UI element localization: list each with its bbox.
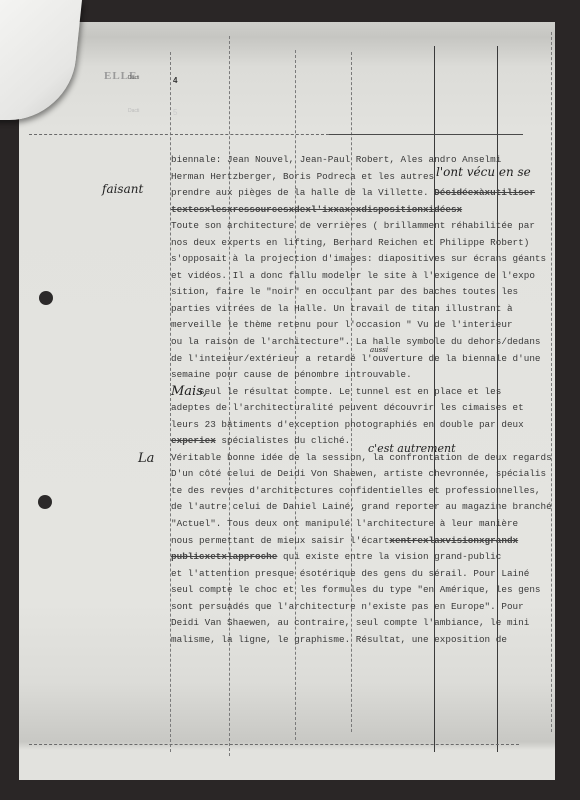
line-text: prendre aux pièges de la halle de la Vil… (171, 187, 434, 198)
line-text: de l'autre celui de Daniel Lainé, grand … (171, 501, 552, 512)
line-text: Herman Hertzberger, Boris Podreca et les… (171, 171, 440, 182)
line-text: Deidi Van Shaewen, au contraire, seul co… (171, 617, 529, 628)
line-text: sont persuadés que l'architecture n'exis… (171, 601, 524, 612)
line-text: semaine pour cause de pénombre introuvab… (171, 369, 412, 380)
footer-rule (29, 744, 519, 745)
line-text: et vidéos. Il a donc fallu modeler le si… (171, 270, 535, 281)
text-line: de l'inteieur/extérieur a retardé l'ouve… (171, 351, 552, 368)
struck-text: publicxetxlapproche (171, 551, 277, 562)
text-line: nous permettant de mieux saisir l'écartx… (171, 533, 552, 550)
line-text: et l'attention presque ésotérique des ge… (171, 568, 529, 579)
text-line: Deidi Van Shaewen, au contraire, seul co… (171, 615, 552, 632)
line-text: qui existe entre la vision grand-public (277, 551, 501, 562)
text-line: Véritable bonne idée de la session, la c… (171, 450, 552, 467)
text-line: textesxlesxressourcesxdexl'ixxaxexdispos… (171, 202, 552, 219)
text-line: s'opposait à la projection d'images: dia… (171, 251, 552, 268)
punch-hole (39, 291, 53, 305)
page-number-faint: 5 (173, 108, 177, 117)
line-text: leurs 23 bâtiments d'exception photograp… (171, 419, 524, 430)
struck-text: xentrexlaxvisionxgrandx (389, 535, 518, 546)
text-line: experiex spécialistes du cliché. (171, 433, 552, 450)
header-rule (329, 134, 523, 135)
page-number: 4 (173, 76, 177, 85)
text-line: parties vitrées de la Halle. Un travail … (171, 301, 552, 318)
line-text: "Actuel". Tous deux ont manipulé l'archi… (171, 518, 518, 529)
text-line: semaine pour cause de pénombre introuvab… (171, 367, 552, 384)
line-text: spécialistes du cliché. (216, 435, 350, 446)
handwritten-margin-note: faisant (102, 182, 143, 196)
line-text: D'un côté celui de Deidi Von Shaewen, ar… (171, 468, 546, 479)
text-line: malisme, la ligne, le graphisme. Résulta… (171, 632, 552, 649)
header-rule (29, 134, 329, 135)
typewritten-body: biennale: Jean Nouvel, Jean-Paul Robert,… (171, 152, 552, 648)
header-field-label-faint: Dacti (128, 108, 139, 114)
punch-hole (38, 495, 52, 509)
line-text: sition, faire le "noir" en occultant par… (171, 286, 518, 297)
line-text: Véritable bonne idée de la session, la c… (171, 452, 552, 463)
text-line: seul compte le choc et les formules du t… (171, 582, 552, 599)
line-text: merveille le thème retenu pour l'occasio… (171, 319, 513, 330)
line-text: seul le résultat compte. Le tunnel est e… (171, 386, 501, 397)
line-text: de l'inteieur/extérieur a retardé l'ouve… (171, 353, 541, 364)
text-line: prendre aux pièges de la halle de la Vil… (171, 185, 552, 202)
line-text: malisme, la ligne, le graphisme. Résulta… (171, 634, 507, 645)
line-text: Toute son architecture de verrières ( br… (171, 220, 535, 231)
text-line: adeptes de l'architecturalité peuvent dé… (171, 400, 552, 417)
text-line: publicxetxlapproche qui existe entre la … (171, 549, 552, 566)
line-text: biennale: Jean Nouvel, Jean-Paul Robert,… (171, 154, 501, 165)
text-line: seul le résultat compte. Le tunnel est e… (171, 384, 552, 401)
text-line: et vidéos. Il a donc fallu modeler le si… (171, 268, 552, 285)
line-text: s'opposait à la projection d'images: dia… (171, 253, 546, 264)
text-line: leurs 23 bâtiments d'exception photograp… (171, 417, 552, 434)
struck-text: textesxlesxressourcesxdexl'ixxaxexdispos… (171, 204, 462, 215)
line-text: nous permettant de mieux saisir l'écart (171, 535, 389, 546)
text-line: sont persuadés que l'architecture n'exis… (171, 599, 552, 616)
handwritten-insert: aussi (370, 346, 388, 354)
line-text: nos deux experts en lifting, Bernard Rei… (171, 237, 529, 248)
text-line: merveille le thème retenu pour l'occasio… (171, 317, 552, 334)
text-line: Toute son architecture de verrières ( br… (171, 218, 552, 235)
handwritten-insert: l'ont vécu en se (436, 165, 531, 179)
line-text: ou la raison de l'architecture". La hall… (171, 336, 541, 347)
handwritten-margin-note: La (138, 451, 154, 466)
line-text: parties vitrées de la Halle. Un travail … (171, 303, 513, 314)
text-line: de l'autre celui de Daniel Lainé, grand … (171, 499, 552, 516)
handwritten-insert: Mais, (171, 384, 207, 399)
text-line: D'un côté celui de Deidi Von Shaewen, ar… (171, 466, 552, 483)
line-text: te des revues d'architectures confidenti… (171, 485, 541, 496)
struck-text: experiex (171, 435, 216, 446)
text-line: te des revues d'architectures confidenti… (171, 483, 552, 500)
handwritten-insert: c'est autrement (368, 442, 456, 455)
line-text: adeptes de l'architecturalité peuvent dé… (171, 402, 524, 413)
text-line: nos deux experts en lifting, Bernard Rei… (171, 235, 552, 252)
struck-text: Décidéexàxutiliser (434, 187, 535, 198)
line-text: seul compte le choc et les formules du t… (171, 584, 541, 595)
text-line: "Actuel". Tous deux ont manipulé l'archi… (171, 516, 552, 533)
text-line: sition, faire le "noir" en occultant par… (171, 284, 552, 301)
text-line: et l'attention presque ésotérique des ge… (171, 566, 552, 583)
header-field-label: Dacti (128, 75, 139, 81)
text-line: ou la raison de l'architecture". La hall… (171, 334, 552, 351)
